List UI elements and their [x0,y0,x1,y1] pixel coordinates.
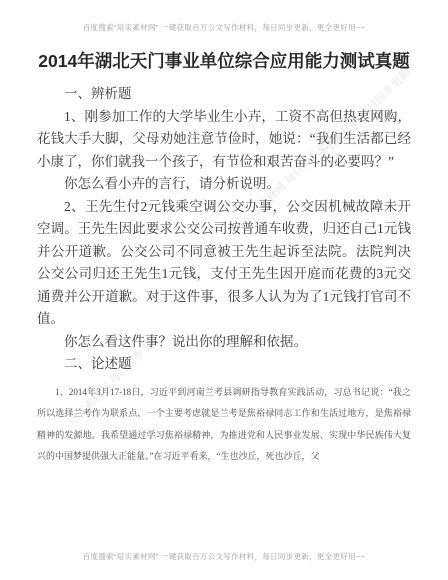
question-2-text: 2、王先生付2元钱乘空调公交办事，公交因机械故障未开空调。王先生因此要求公交公司… [37,196,411,331]
section-heading-essay: 二、论述题 [37,353,411,376]
section-heading-analysis: 一、辨析题 [37,83,411,106]
essay-question-1-text: 1、2014年3月17-18日，习近平到河南兰考县调研指导教育实践活动，习总书记… [37,382,411,468]
header-promo-note: 百度搜索“培实素材网” 一键获取百万公文写作材料，每日同步更新，更全更好用~~ [0,0,448,33]
question-1-text: 1、刚参加工作的大学毕业生小卉，工资不高但热衷网购，花钱大手大脚，父母劝她注意节… [37,106,411,174]
question-1-prompt: 你怎么看小卉的言行，请分析说明。 [37,173,411,196]
document-page: 培实素材网 每日同步更新 培实素材网 每日同步更新 培实素材网 每日同步更新 百… [0,0,448,580]
document-body: 一、辨析题 1、刚参加工作的大学毕业生小卉，工资不高但热衷网购，花钱大手大脚，父… [37,83,411,468]
footer-promo-note: 百度搜索“培实素材网” 一键获取百万公文写作材料，每日同步更新，更全更好用~~ [0,551,448,562]
page-title: 2014年湖北天门事业单位综合应用能力测试真题 [38,49,410,74]
question-2-prompt: 你怎么看这件事？说出你的理解和依据。 [37,331,411,354]
